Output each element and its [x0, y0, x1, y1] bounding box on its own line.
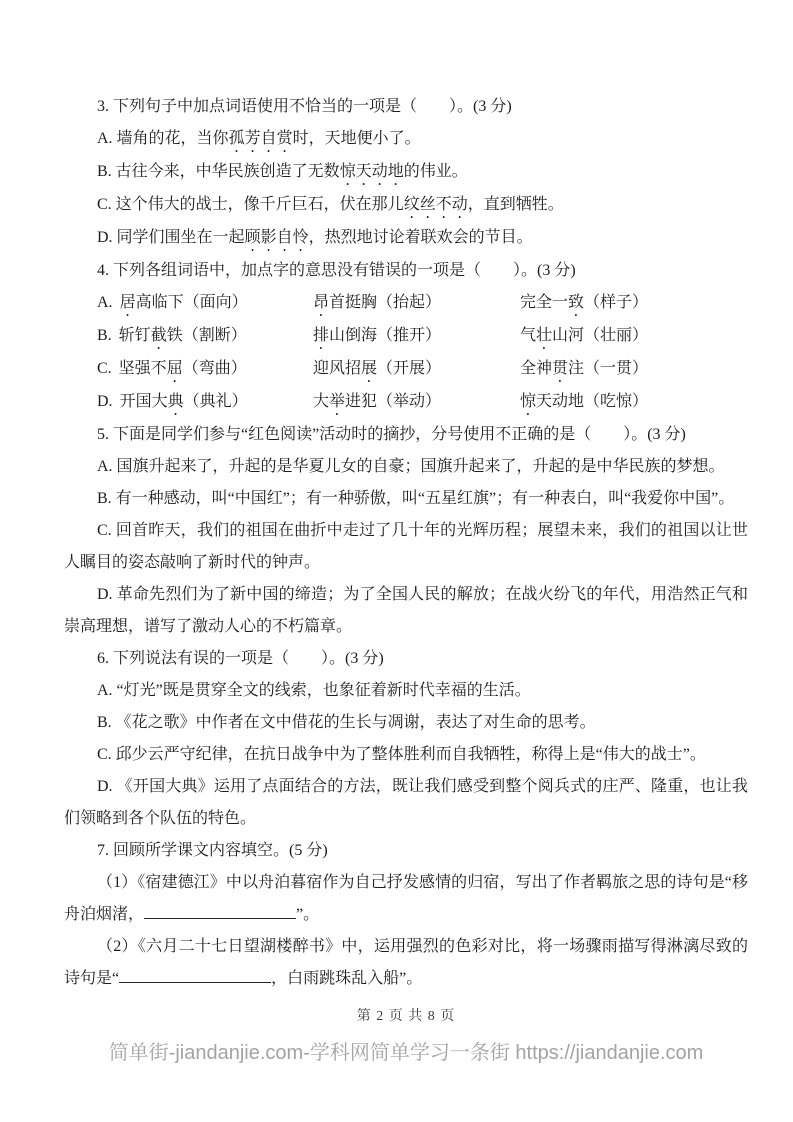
- q4-row-b: B.斩钉截铁（割断）排山倒海（推开）气壮山河（壮丽）: [64, 320, 748, 353]
- q3-title: 3. 下列句子中加点词语使用不恰当的一项是（ ）。(3 分): [64, 91, 748, 123]
- word-text: 大: [313, 393, 329, 410]
- word-gloss: （面向）: [184, 294, 248, 311]
- word-gloss: （典礼）: [184, 393, 248, 410]
- emphasized-word: 惊天动地: [340, 163, 404, 180]
- word-gloss: （壮丽）: [584, 327, 648, 344]
- dotted-char: 展: [361, 360, 377, 377]
- option-text: ，直到牺牲。: [468, 196, 564, 213]
- word-text: 开国大: [120, 393, 168, 410]
- q6-option-c: C. 邱少云严守纪律，在抗日战争中为了整体胜利而自我牺牲，称得上是“伟大的战士”…: [64, 739, 748, 771]
- option-text: C. 这个伟大的战士，像千斤巨石，伏在那儿: [97, 196, 404, 213]
- word-text: 完全一: [520, 294, 568, 311]
- emphasized-word: 顾影自怜: [245, 229, 309, 246]
- word-cell: 昂首挺胸（抬起）: [313, 287, 520, 320]
- dotted-char: 致: [568, 294, 584, 311]
- word-gloss: （抬起）: [377, 294, 441, 311]
- word-text: 首挺胸: [329, 294, 377, 311]
- answer-blank: [144, 903, 296, 919]
- q7-item-1: （1）《宿建德江》中以舟泊暮宿作为自己抒发感情的归宿，写出了作者羁旅之思的诗句是…: [64, 867, 748, 931]
- dotted-char: 壮: [536, 327, 552, 344]
- word-cell: C.坚强不屈（弯曲）: [97, 353, 313, 386]
- word-gloss: （推开）: [377, 327, 441, 344]
- option-letter: D.: [97, 393, 113, 410]
- dotted-char: 排: [313, 327, 329, 344]
- word-cell: 气壮山河（壮丽）: [520, 320, 648, 353]
- q7-item-2: （2）《六月二十七日望湖楼醉书》中，运用强烈的色彩对比，将一场骤雨描写得淋漓尽致…: [64, 931, 748, 995]
- option-text: 时，天地便小了。: [293, 130, 421, 147]
- word-cell: 全神贯注（一贯）: [520, 353, 648, 386]
- word-text: 斩钉: [119, 327, 151, 344]
- option-text: ，热烈地讨论着联欢会的节目。: [309, 229, 533, 246]
- q5-option-b: B. 有一种感动，叫“中国红”；有一种骄傲，叫“五星红旗”；有一种表白，叫“我爱…: [64, 483, 748, 515]
- q3-option-c: C. 这个伟大的战士，像千斤巨石，伏在那儿纹丝不动，直到牺牲。: [64, 189, 748, 222]
- word-cell: 大举进犯（举动）: [313, 386, 520, 419]
- q5-title: 5. 下面是同学们参与“红色阅读”活动时的摘抄，分号使用不正确的是（ ）。(3 …: [64, 419, 748, 451]
- q5-option-c: C. 回首昨天，我们的祖国在曲折中走过了几十年的光辉历程；展望未来，我们的祖国以…: [64, 515, 748, 579]
- word-gloss: （割断）: [183, 327, 247, 344]
- word-text: 注: [568, 360, 584, 377]
- emphasized-word: 纹丝不动: [404, 196, 468, 213]
- q3-option-a: A. 墙角的花，当你孤芳自赏时，天地便小了。: [64, 123, 748, 156]
- option-text: D. 同学们围坐在一起: [97, 229, 245, 246]
- dotted-char: 惊: [520, 393, 536, 410]
- word-text: 进犯: [345, 393, 377, 410]
- option-letter: B.: [97, 327, 112, 344]
- q6-option-b: B. 《花之歌》中作者在文中借花的生长与凋谢，表达了对生命的思考。: [64, 707, 748, 739]
- word-text: 山倒海: [329, 327, 377, 344]
- option-text: A. 墙角的花，当你: [97, 130, 229, 147]
- dotted-char: 居: [120, 294, 136, 311]
- dotted-char: 昂: [313, 294, 329, 311]
- dotted-char: 截: [151, 327, 167, 344]
- q7-title: 7. 回顾所学课文内容填空。(5 分): [64, 835, 748, 867]
- q3-option-d: D. 同学们围坐在一起顾影自怜，热烈地讨论着联欢会的节目。: [64, 222, 748, 255]
- q6-title: 6. 下列说法有误的一项是（ ）。(3 分): [64, 643, 748, 675]
- word-text: 全神: [520, 360, 552, 377]
- word-gloss: （弯曲）: [183, 360, 247, 377]
- word-cell: 完全一致（样子）: [520, 287, 648, 320]
- word-text: 天动地: [536, 393, 584, 410]
- word-gloss: （样子）: [584, 294, 648, 311]
- site-watermark: 简单街-jiandanjie.com-学科网简单学习一条街 https://ji…: [64, 1040, 748, 1066]
- page-number: 第 2 页 共 8 页: [64, 1007, 748, 1027]
- option-letter: C.: [97, 360, 112, 377]
- word-cell: 排山倒海（推开）: [313, 320, 520, 353]
- word-text: 迎风招: [313, 360, 361, 377]
- q5-option-d: D. 革命先烈们为了新中国的缔造；为了全国人民的解放；在战火纷飞的年代，用浩然正…: [64, 579, 748, 643]
- item-text: ，白雨跳珠乱入船”。: [271, 970, 422, 987]
- word-gloss: （开展）: [377, 360, 441, 377]
- word-gloss: （一贯）: [584, 360, 648, 377]
- option-text: 的伟业。: [404, 163, 468, 180]
- word-text: 气: [520, 327, 536, 344]
- dotted-char: 屈: [167, 360, 183, 377]
- word-cell: 惊天动地（吃惊）: [520, 386, 648, 419]
- word-text: 铁: [167, 327, 183, 344]
- q5-option-a: A. 国旗升起来了，升起的是华夏儿女的自豪；国旗升起来了，升起的是中华民族的梦想…: [64, 451, 748, 483]
- q6-option-a: A. “灯光”既是贯穿全文的线索，也象征着新时代幸福的生活。: [64, 675, 748, 707]
- q6-option-d: D. 《开国大典》运用了点面结合的方法，既让我们感受到整个阅兵式的庄严、隆重，也…: [64, 771, 748, 835]
- option-letter: A.: [97, 294, 113, 311]
- exam-page: 3. 下列句子中加点词语使用不恰当的一项是（ ）。(3 分) A. 墙角的花，当…: [0, 0, 793, 1122]
- emphasized-word: 孤芳自赏: [229, 130, 293, 147]
- q4-row-c: C.坚强不屈（弯曲）迎风招展（开展）全神贯注（一贯）: [64, 353, 748, 386]
- word-cell: 迎风招展（开展）: [313, 353, 520, 386]
- word-gloss: （举动）: [377, 393, 441, 410]
- q4-title: 4. 下列各组词语中，加点字的意思没有错误的一项是（ ）。(3 分): [64, 255, 748, 287]
- word-gloss: （吃惊）: [584, 393, 648, 410]
- word-cell: D.开国大典（典礼）: [97, 386, 313, 419]
- dotted-char: 典: [168, 393, 184, 410]
- q3-option-b: B. 古往今来，中华民族创造了无数惊天动地的伟业。: [64, 156, 748, 189]
- dotted-char: 贯: [552, 360, 568, 377]
- answer-blank: [119, 967, 271, 983]
- option-text: B. 古往今来，中华民族创造了无数: [97, 163, 340, 180]
- word-text: 高临下: [136, 294, 184, 311]
- q4-row-a: A.居高临下（面向）昂首挺胸（抬起）完全一致（样子）: [64, 287, 748, 320]
- q4-row-d: D.开国大典（典礼）大举进犯（举动）惊天动地（吃惊）: [64, 386, 748, 419]
- word-text: 坚强不: [119, 360, 167, 377]
- word-cell: A.居高临下（面向）: [97, 287, 313, 320]
- item-text: ”。: [296, 906, 319, 923]
- word-cell: B.斩钉截铁（割断）: [97, 320, 313, 353]
- dotted-char: 举: [329, 393, 345, 410]
- word-text: 山河: [552, 327, 584, 344]
